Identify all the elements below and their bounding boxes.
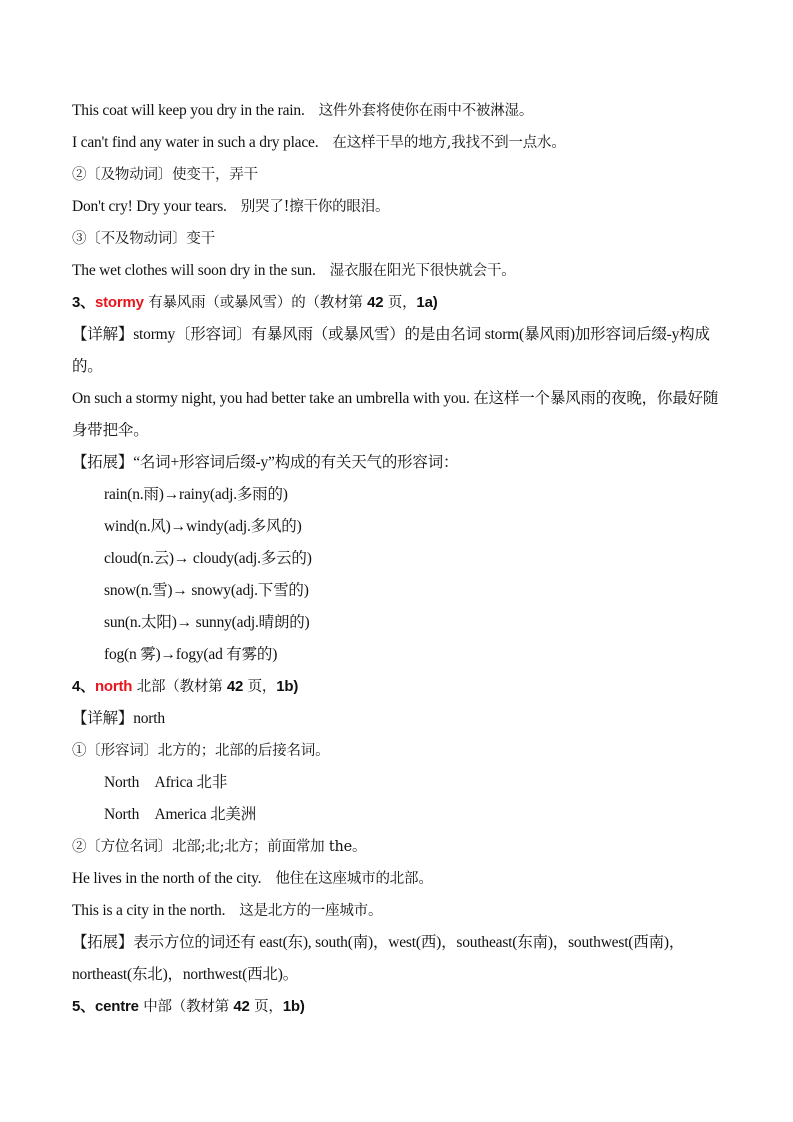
example-chinese: 他住在这座城市的北部。: [275, 871, 432, 887]
example-english: This coat will keep you dry in the rain.: [72, 102, 305, 119]
section-number: 5、: [72, 998, 95, 1015]
heading-text: 页，: [243, 679, 276, 695]
page-number: 42: [367, 294, 383, 311]
extension-paragraph: 【拓展】表示方位的词还有 east(东), south(南)，west(西)，s…: [72, 927, 724, 991]
example-chinese: 这件外套将使你在雨中不被淋湿。: [319, 103, 534, 119]
example-english: He lives in the north of the city.: [72, 870, 261, 887]
example-paragraph: On such a stormy night, you had better t…: [72, 383, 724, 447]
section-number: 3、: [72, 294, 95, 311]
heading-text: 页，: [383, 295, 416, 311]
sense-line: ①〔形容词〕北方的；北部的后接名词。: [72, 741, 329, 761]
sense-line: ②〔及物动词〕使变干，弄干: [72, 165, 258, 185]
detail-paragraph: 【详解】stormy〔形容词〕有暴风雨（或暴风雪）的是由名词 storm(暴风雨…: [72, 319, 724, 383]
exercise-ref: 1a): [416, 294, 437, 311]
phrase-line: North Africa 北非: [104, 773, 227, 793]
section-number: 4、: [72, 678, 95, 695]
example-line: I can't find any water in such a dry pla…: [72, 133, 566, 153]
word-pair: rain(n.雨)→rainy(adj.多雨的): [104, 485, 288, 505]
example-line: He lives in the north of the city.他住在这座城…: [72, 869, 433, 889]
section-keyword: north: [95, 678, 132, 695]
word-pair: fog(n 雾)→fogy(ad 有雾的): [104, 645, 277, 665]
example-line: Don't cry! Dry your tears.别哭了!擦干你的眼泪。: [72, 197, 389, 217]
extension-line: 【拓展】“名词+形容词后缀-y”构成的有关天气的形容词：: [72, 453, 458, 473]
heading-text: 有暴风雨（或暴风雪）的（教材第: [144, 295, 367, 311]
page-number: 42: [233, 998, 249, 1015]
heading-text: 页，: [250, 999, 283, 1015]
section-heading: 3、stormy 有暴风雨（或暴风雪）的（教材第 42 页，1a): [72, 293, 438, 313]
page-number: 42: [227, 678, 243, 695]
example-line: This is a city in the north.这是北方的一座城市。: [72, 901, 382, 921]
example-english: This is a city in the north.: [72, 902, 225, 919]
example-chinese: 这是北方的一座城市。: [239, 903, 382, 919]
example-chinese: 在这样干旱的地方,我找不到一点水。: [332, 135, 565, 151]
phrase-line: North America 北美洲: [104, 805, 256, 825]
heading-text: 中部（教材第: [139, 999, 234, 1015]
example-english: I can't find any water in such a dry pla…: [72, 134, 318, 151]
example-english: The wet clothes will soon dry in the sun…: [72, 262, 316, 279]
word-pair: wind(n.风)→windy(adj.多风的): [104, 517, 302, 537]
exercise-ref: 1b): [283, 998, 305, 1015]
example-line: This coat will keep you dry in the rain.…: [72, 101, 533, 121]
section-keyword: centre: [95, 998, 139, 1015]
example-chinese: 湿衣服在阳光下很快就会干。: [330, 263, 516, 279]
heading-text: 北部（教材第: [132, 679, 227, 695]
word-pair: sun(n.太阳)→ sunny(adj.晴朗的): [104, 613, 310, 633]
section-keyword: stormy: [95, 294, 144, 311]
detail-line: 【详解】north: [72, 709, 165, 729]
section-heading: 5、centre 中部（教材第 42 页，1b): [72, 997, 305, 1017]
sense-line: ③〔不及物动词〕变干: [72, 229, 215, 249]
section-heading: 4、north 北部（教材第 42 页，1b): [72, 677, 298, 697]
sense-line: ②〔方位名词〕北部;北;北方；前面常加 the。: [72, 837, 366, 857]
exercise-ref: 1b): [276, 678, 298, 695]
word-pair: snow(n.雪)→ snowy(adj.下雪的): [104, 581, 309, 601]
word-pair: cloud(n.云)→ cloudy(adj.多云的): [104, 549, 312, 569]
example-english: Don't cry! Dry your tears.: [72, 198, 227, 215]
example-chinese: 别哭了!擦干你的眼泪。: [241, 199, 390, 215]
example-line: The wet clothes will soon dry in the sun…: [72, 261, 516, 281]
